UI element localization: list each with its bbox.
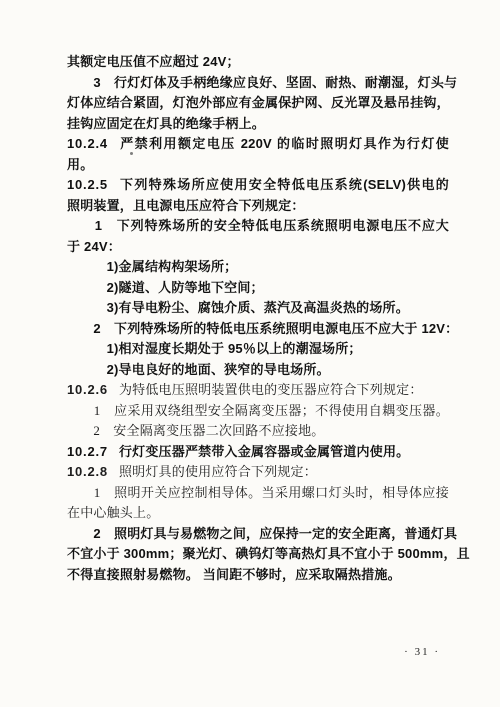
text-line: 在中心触头上。 (67, 503, 449, 524)
text-line: 10.2.7行灯变压器严禁带入金属容器或金属管道内使用。 (67, 442, 449, 463)
text-line: 1 下列特殊场所的安全特低电压系统照明电源电压不应大 (67, 216, 449, 237)
text-line: 1 照明开关应控制相导体。当采用螺口灯头时，相导体应接 (67, 483, 449, 504)
text-line: 10.2.8照明灯具的使用应符合下列规定： (67, 462, 449, 483)
clause-number: 10.2.6 (67, 382, 108, 397)
text-line: 2 下列特殊场所的特低电压系统照明电源电压不应大于 12V： (67, 319, 449, 340)
document-body: 其额定电压值不应超过 24V； 3 行灯灯体及手柄绝缘应良好、坚固、耐热、耐潮湿… (67, 52, 449, 585)
text-line: 不得直接照射易燃物。 当间距不够时，应采取隔热措施。 (67, 565, 449, 586)
clause-text: 下列特殊场所应使用安全特低电压系统(SELV)供电的 (119, 177, 449, 192)
text-line: 2)隧道、人防等地下空间； (67, 278, 449, 299)
page-number: · 31 · (0, 646, 440, 658)
clause-number: 10.2.7 (67, 444, 108, 459)
clause-number: 10.2.8 (67, 464, 108, 479)
text-line: 10.2.5下列特殊场所应使用安全特低电压系统(SELV)供电的 (67, 175, 449, 196)
text-line: 挂钩应固定在灯具的绝缘手柄上。 (67, 114, 449, 135)
scan-speck-artifact (130, 152, 133, 155)
text-line: 3 行灯灯体及手柄绝缘应良好、坚固、耐热、耐潮湿，灯头与 (67, 73, 449, 94)
text-line: 其额定电压值不应超过 24V； (67, 52, 449, 73)
text-line: 灯体应结合紧固，灯泡外部应有金属保护网、反光罩及悬吊挂钩， (67, 93, 449, 114)
clause-text: 行灯变压器严禁带入金属容器或金属管道内使用。 (119, 444, 409, 459)
text-line: 2 安全隔离变压器二次回路不应接地。 (67, 421, 449, 442)
text-line: 1)金属结构构架场所； (67, 257, 449, 278)
text-line: 2)导电良好的地面、狭窄的导电场所。 (67, 360, 449, 381)
text-line: 1 应采用双绕组型安全隔离变压器；不得使用自耦变压器。 (67, 401, 449, 422)
clause-text: 严禁利用额定电压 220V 的临时照明灯具作为行灯使 (119, 136, 449, 151)
text-line: 10.2.4严禁利用额定电压 220V 的临时照明灯具作为行灯使 (67, 134, 449, 155)
text-line: 不宜小于 300mm；聚光灯、碘钨灯等高热灯具不宜小于 500mm，且 (67, 544, 449, 565)
text-line: 2 照明灯具与易燃物之间，应保持一定的安全距离，普通灯具 (67, 524, 449, 545)
text-line: 照明装置，且电源电压应符合下列规定： (67, 196, 449, 217)
document-page: 其额定电压值不应超过 24V； 3 行灯灯体及手柄绝缘应良好、坚固、耐热、耐潮湿… (0, 0, 500, 707)
text-line: 用。 (67, 155, 449, 176)
text-line: 3)有导电粉尘、腐蚀介质、蒸汽及高温炎热的场所。 (67, 298, 449, 319)
text-line: 1)相对湿度长期处于 95％以上的潮湿场所； (67, 339, 449, 360)
clause-text: 照明灯具的使用应符合下列规定： (119, 464, 317, 479)
text-line: 于 24V： (67, 237, 449, 258)
clause-text: 为特低电压照明装置供电的变压器应符合下列规定： (119, 382, 423, 397)
clause-number: 10.2.5 (67, 177, 108, 192)
clause-number: 10.2.4 (67, 136, 108, 151)
text-line: 10.2.6为特低电压照明装置供电的变压器应符合下列规定： (67, 380, 449, 401)
